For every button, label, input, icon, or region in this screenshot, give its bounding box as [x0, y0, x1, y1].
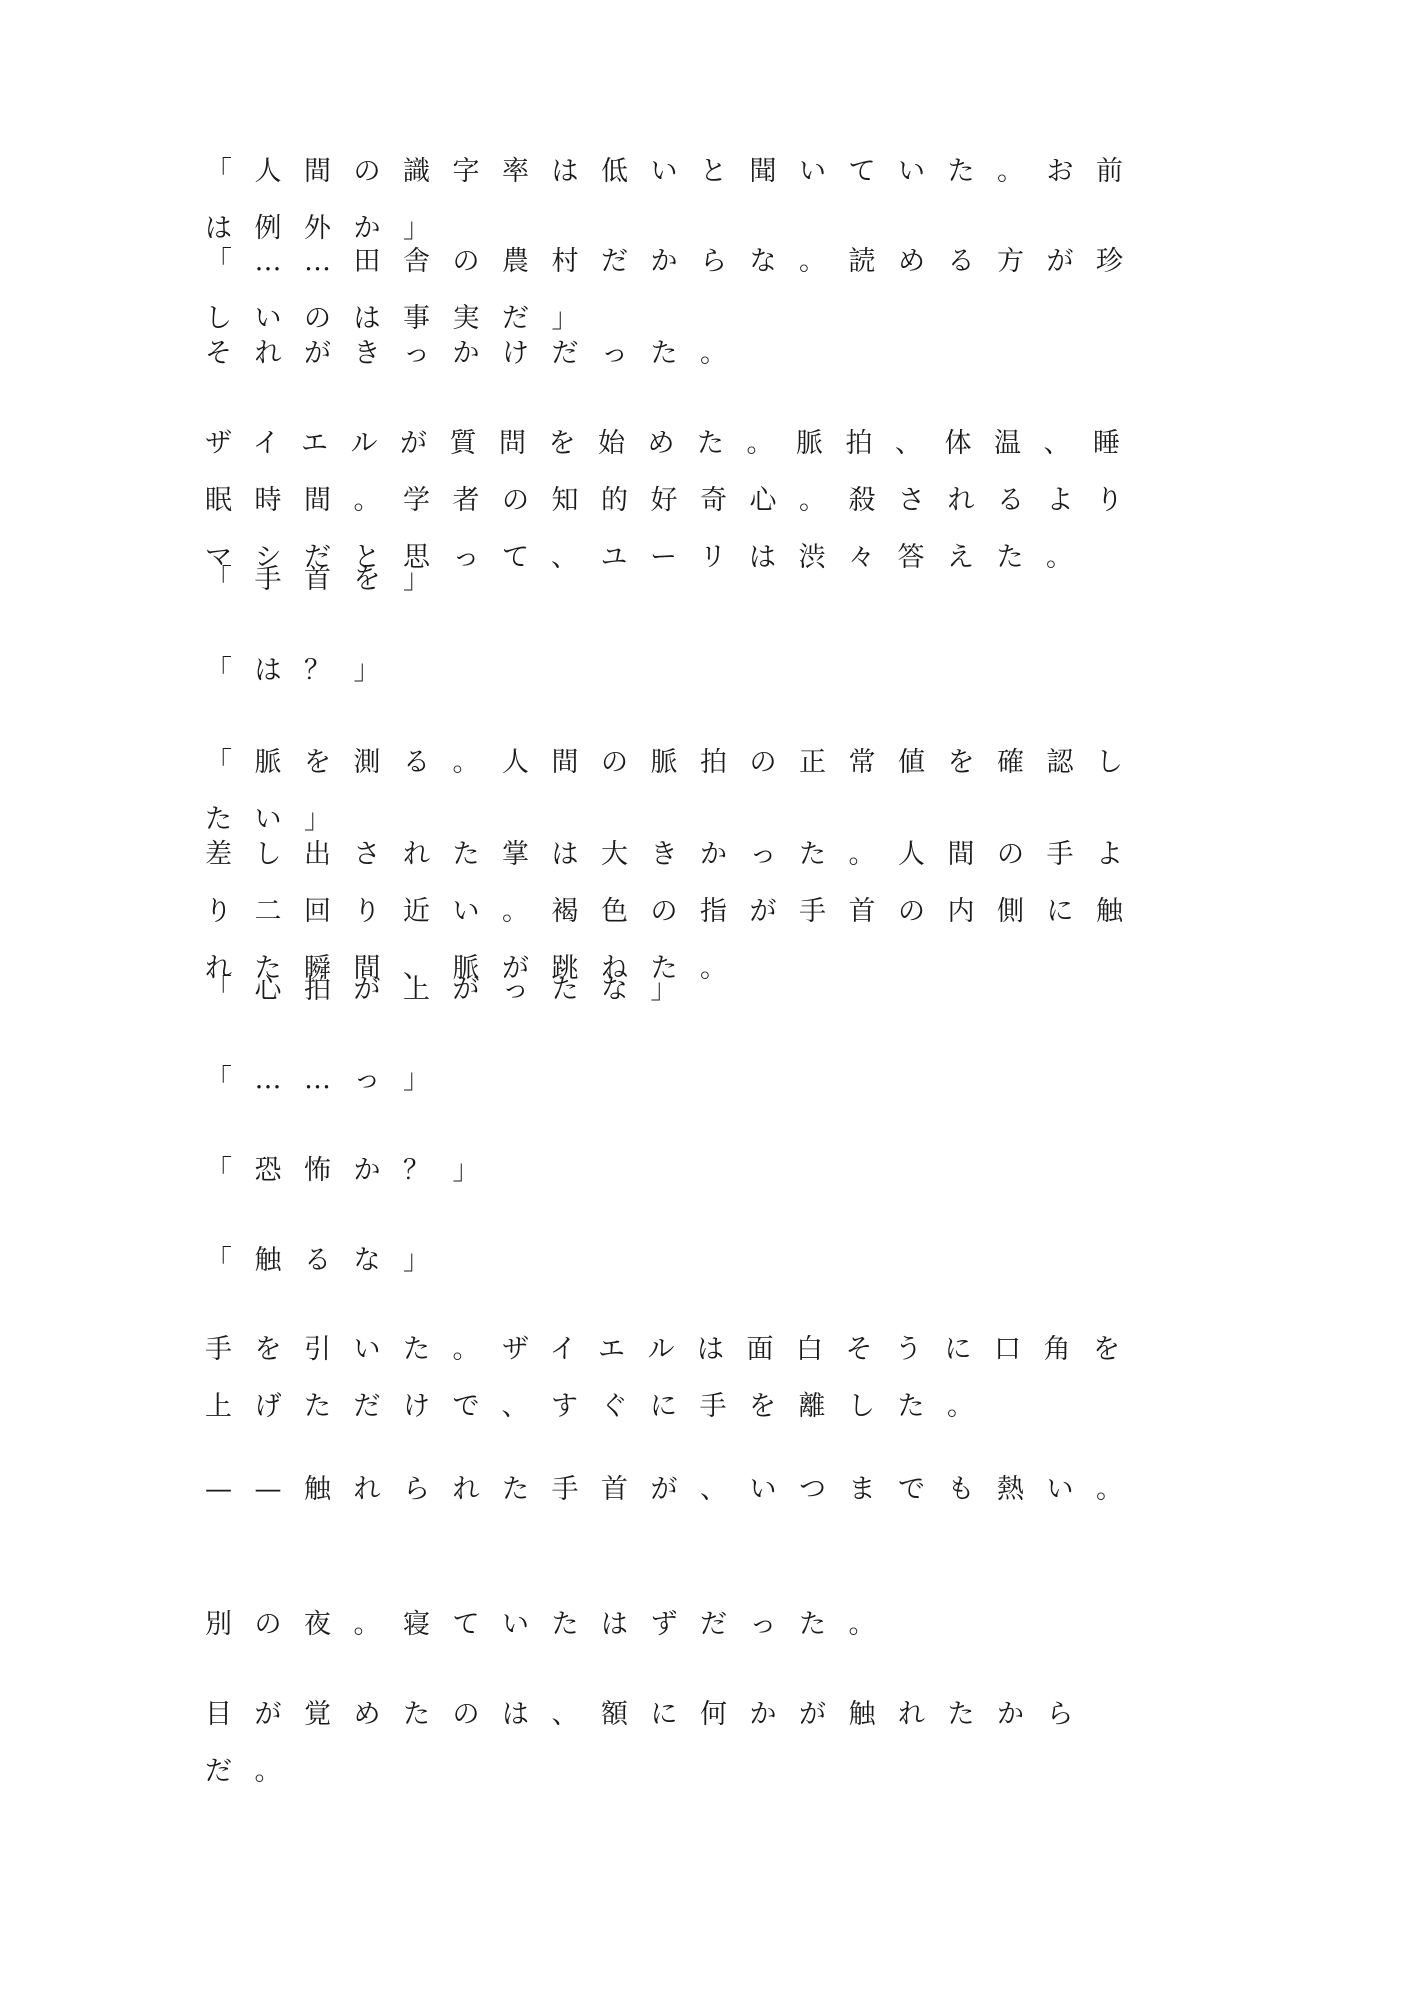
dialogue-heartrate: 「心拍が上がったな」 [205, 961, 1185, 1018]
dialogue-dont-touch: 「触るな」 [205, 1232, 1185, 1289]
dialogue-gasp: 「……っ」 [205, 1051, 1185, 1108]
dialogue-huh: 「は？」 [205, 642, 1185, 699]
narration-wrist-hot: ——触れられた手首が、いつまでも熱い。 [205, 1461, 1185, 1518]
dialogue-fear: 「恐怖か？」 [205, 1142, 1185, 1199]
narration-another-night: 別の夜。寝ていたはずだった。 [205, 1596, 1185, 1653]
narration-pull-hand: 手を引いた。ザイエルは面白そうに口角を上げただけで、すぐに手を離した。 [205, 1321, 1185, 1435]
narration-trigger: それがきっかけだった。 [205, 325, 1185, 382]
dialogue-wrist: 「手首を」 [205, 551, 1185, 608]
narration-woke-up: 目が覚めたのは、額に何かが触れたからだ。 [205, 1686, 1185, 1800]
